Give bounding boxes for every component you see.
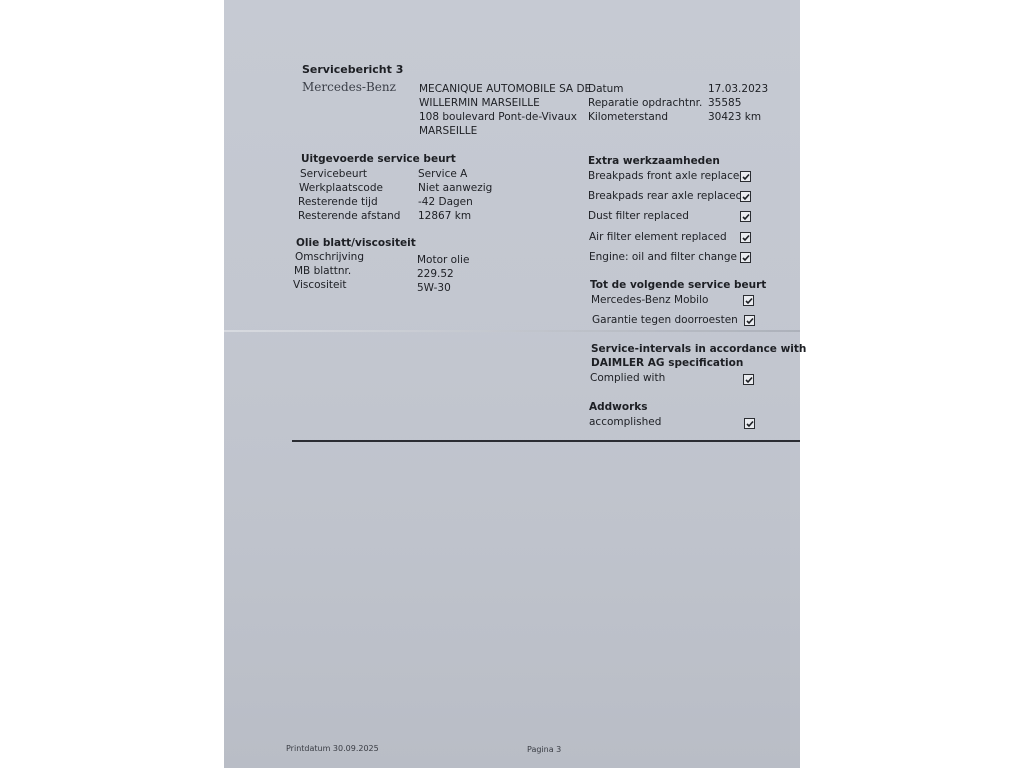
workshop-line-4: MARSEILLE bbox=[419, 125, 477, 137]
meta-label-date: Datum bbox=[588, 83, 624, 95]
workshop-line-2: WILLERMIN MARSEILLE bbox=[419, 97, 540, 109]
oil-label: Viscositeit bbox=[293, 279, 347, 291]
paper-fold bbox=[224, 330, 800, 332]
next-item-checkbox[interactable] bbox=[743, 295, 754, 306]
oil-section-title: Olie blatt/viscositeit bbox=[296, 237, 416, 249]
service-value: Niet aanwezig bbox=[418, 182, 492, 194]
extra-item-checkbox[interactable] bbox=[740, 191, 751, 202]
workshop-line-3: 108 boulevard Pont-de-Vivaux bbox=[419, 111, 577, 123]
service-label: Resterende tijd bbox=[298, 196, 378, 208]
service-label: Werkplaatscode bbox=[299, 182, 383, 194]
intervals-item-label: Complied with bbox=[590, 372, 665, 384]
report-title: Servicebericht 3 bbox=[302, 63, 403, 76]
check-icon bbox=[745, 297, 753, 305]
print-date: Printdatum 30.09.2025 bbox=[286, 744, 379, 753]
addworks-checkbox[interactable] bbox=[744, 418, 755, 429]
addworks-item-label: accomplished bbox=[589, 416, 661, 428]
extra-item-checkbox[interactable] bbox=[740, 232, 751, 243]
service-value: 12867 km bbox=[418, 210, 471, 222]
extra-item-label: Dust filter replaced bbox=[588, 210, 689, 222]
meta-label-mileage: Kilometerstand bbox=[588, 111, 668, 123]
check-icon bbox=[745, 376, 753, 384]
next-item-label: Garantie tegen doorroesten bbox=[592, 314, 738, 326]
check-icon bbox=[742, 173, 750, 181]
service-section-title: Uitgevoerde service beurt bbox=[301, 153, 456, 165]
meta-value-date: 17.03.2023 bbox=[708, 83, 768, 95]
oil-label: Omschrijving bbox=[295, 251, 364, 263]
check-icon bbox=[742, 254, 750, 262]
extra-item-label: Air filter element replaced bbox=[589, 231, 727, 243]
check-icon bbox=[742, 213, 750, 221]
meta-label-order: Reparatie opdrachtnr. bbox=[588, 97, 702, 109]
oil-value: Motor olie bbox=[417, 254, 469, 266]
oil-value: 229.52 bbox=[417, 268, 454, 280]
check-icon bbox=[742, 234, 750, 242]
check-icon bbox=[742, 193, 750, 201]
intervals-title-line-2: DAIMLER AG specification bbox=[591, 357, 743, 369]
service-label: Resterende afstand bbox=[298, 210, 400, 222]
extra-item-label: Breakpads rear axle replaced bbox=[588, 190, 742, 202]
next-section-title: Tot de volgende service beurt bbox=[590, 279, 766, 291]
addworks-title: Addworks bbox=[589, 401, 647, 413]
extra-item-checkbox[interactable] bbox=[740, 171, 751, 182]
check-icon bbox=[746, 420, 754, 428]
section-divider bbox=[292, 440, 800, 442]
oil-label: MB blattnr. bbox=[294, 265, 351, 277]
service-label: Servicebeurt bbox=[300, 168, 367, 180]
service-value: Service A bbox=[418, 168, 467, 180]
next-item-checkbox[interactable] bbox=[744, 315, 755, 326]
workshop-line-1: MECANIQUE AUTOMOBILE SA DE bbox=[419, 83, 591, 95]
intervals-title-line-1: Service-intervals in accordance with bbox=[591, 343, 806, 355]
extra-section-title: Extra werkzaamheden bbox=[588, 155, 720, 167]
oil-value: 5W-30 bbox=[417, 282, 451, 294]
brand-logo-text: Mercedes-Benz bbox=[302, 80, 396, 94]
extra-item-checkbox[interactable] bbox=[740, 252, 751, 263]
meta-value-mileage: 30423 km bbox=[708, 111, 761, 123]
page-number: Pagina 3 bbox=[527, 745, 561, 754]
check-icon bbox=[746, 317, 754, 325]
extra-item-checkbox[interactable] bbox=[740, 211, 751, 222]
extra-item-label: Breakpads front axle replaced bbox=[588, 170, 746, 182]
service-value: -42 Dagen bbox=[418, 196, 473, 208]
meta-value-order: 35585 bbox=[708, 97, 741, 109]
next-item-label: Mercedes-Benz Mobilo bbox=[591, 294, 708, 306]
extra-item-label: Engine: oil and filter change bbox=[589, 251, 737, 263]
intervals-checkbox[interactable] bbox=[743, 374, 754, 385]
